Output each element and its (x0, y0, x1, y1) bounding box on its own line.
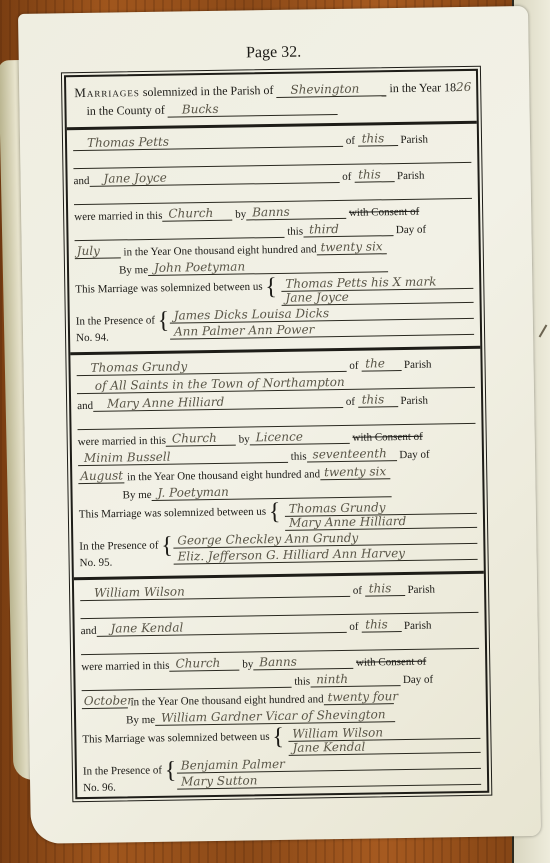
form-label: with Consent of (356, 656, 426, 669)
bride-parish: this (362, 392, 385, 406)
officiant-signature: J. Poetyman (157, 485, 229, 500)
register-year: 26 (456, 80, 471, 94)
form-label: In the Presence of (83, 764, 162, 777)
groom-parish: this (369, 581, 392, 595)
marriage-by: Banns (259, 655, 297, 670)
officiant-signature: William Gardner Vicar of Shevington (161, 707, 386, 725)
bride-parish: this (358, 167, 381, 181)
bride-name: Jane Kendal (110, 620, 183, 635)
marriage-place: Church (168, 206, 213, 221)
marriage-year-words: twenty six (324, 464, 386, 479)
form-label: Day of (396, 224, 426, 236)
form-label: of (346, 135, 355, 147)
couple-signature-2: Jane Joyce (285, 290, 348, 305)
marriage-entry: Thomas Grundy of the Parish of All Saint… (70, 349, 483, 580)
bride-parish: this (365, 617, 388, 631)
form-label: In the Presence of (76, 314, 155, 327)
marriage-entry: Thomas Petts of this Parish andJane Joyc… (67, 124, 480, 355)
form-label: and (77, 400, 93, 412)
witness-signature-2: Mary Sutton (181, 773, 258, 788)
form-label: this (287, 226, 303, 238)
register-title: Marriages (74, 84, 140, 100)
form-label: This Marriage was solemnized between us (79, 506, 266, 521)
groom-name: Thomas Petts (87, 135, 169, 150)
form-label: of (349, 360, 358, 372)
form-label: were married in this (74, 210, 162, 223)
form-label: were married in this (78, 435, 166, 448)
form-label: of (342, 171, 351, 183)
officiant-signature: John Poetyman (154, 259, 245, 274)
entry-number: No. 96. (83, 782, 116, 795)
form-label: and (81, 625, 97, 637)
marriage-place: Church (175, 656, 220, 671)
marriage-day: ninth (316, 672, 348, 686)
form-label: This Marriage was solemnized between us (82, 731, 269, 746)
marriage-day: third (309, 222, 339, 236)
form-label: were married in this (81, 660, 169, 673)
marriage-month: August (80, 468, 123, 483)
form-label: Parish (404, 359, 432, 371)
bride-name: Mary Anne Hilliard (107, 395, 224, 411)
form-label: with Consent of (349, 206, 419, 219)
couple-signature-1: Thomas Grundy (289, 500, 386, 516)
marriage-register-form: Marriages solemnized in the Parish of Sh… (64, 69, 489, 799)
form-label: of (346, 396, 355, 408)
entry-number: No. 95. (80, 557, 113, 570)
marriage-year-words: twenty six (320, 239, 382, 254)
form-label: this (294, 675, 310, 687)
form-label: By me (126, 714, 155, 726)
form-label: of (353, 585, 362, 597)
form-label: By me (119, 264, 148, 276)
marriage-day: seventeenth (313, 446, 387, 461)
form-label: of (349, 621, 358, 633)
couple-signature-1: William Wilson (292, 725, 383, 740)
groom-name: Thomas Grundy (90, 359, 187, 375)
form-label: Parish (407, 584, 435, 596)
form-label: Day of (403, 674, 433, 686)
marriage-month: July (77, 244, 100, 258)
form-label: with Consent of (352, 431, 422, 444)
groom-parish: this (362, 131, 385, 145)
marriage-year-words: twenty four (327, 689, 398, 704)
register-page: Page 32. Marriages solemnized in the Par… (18, 6, 541, 844)
form-label: by (242, 658, 253, 670)
marriage-by: Banns (252, 205, 290, 220)
groom-name: William Wilson (94, 584, 185, 599)
form-label: Parish (404, 620, 432, 632)
marriage-by: Licence (256, 430, 303, 445)
entry-number: No. 94. (76, 332, 109, 345)
form-label: In the Presence of (79, 539, 158, 552)
form-label: in the Year One thousand eight hundred a… (123, 243, 316, 258)
form-label: Parish (397, 170, 425, 182)
form-label: Parish (400, 134, 428, 146)
groom-parish: the (365, 356, 385, 370)
form-label: this (291, 451, 307, 463)
consent-note: Minim Bussell (84, 450, 171, 465)
form-label: in the Year One thousand eight hundred a… (130, 693, 323, 708)
parish-name: Shevington (290, 82, 359, 97)
form-label: by (235, 208, 246, 220)
marriage-entry: William Wilson of this Parish andJane Ke… (74, 574, 487, 802)
form-label: and (74, 175, 90, 187)
couple-signature-2: Jane Kendal (292, 740, 365, 755)
form-label: by (239, 433, 250, 445)
form-label: Parish (400, 395, 428, 407)
bride-name: Jane Joyce (103, 171, 166, 186)
page-number: Page 32. (19, 40, 529, 66)
marriage-month: October (84, 693, 133, 708)
form-label: This Marriage was solemnized between us (75, 281, 262, 296)
county-name: Bucks (182, 102, 219, 117)
form-label: By me (122, 489, 151, 501)
form-label: Day of (399, 449, 429, 461)
form-label: in the Year One thousand eight hundred a… (127, 468, 320, 483)
marriage-place: Church (172, 431, 217, 446)
register-header: Marriages solemnized in the Parish of Sh… (66, 71, 477, 130)
